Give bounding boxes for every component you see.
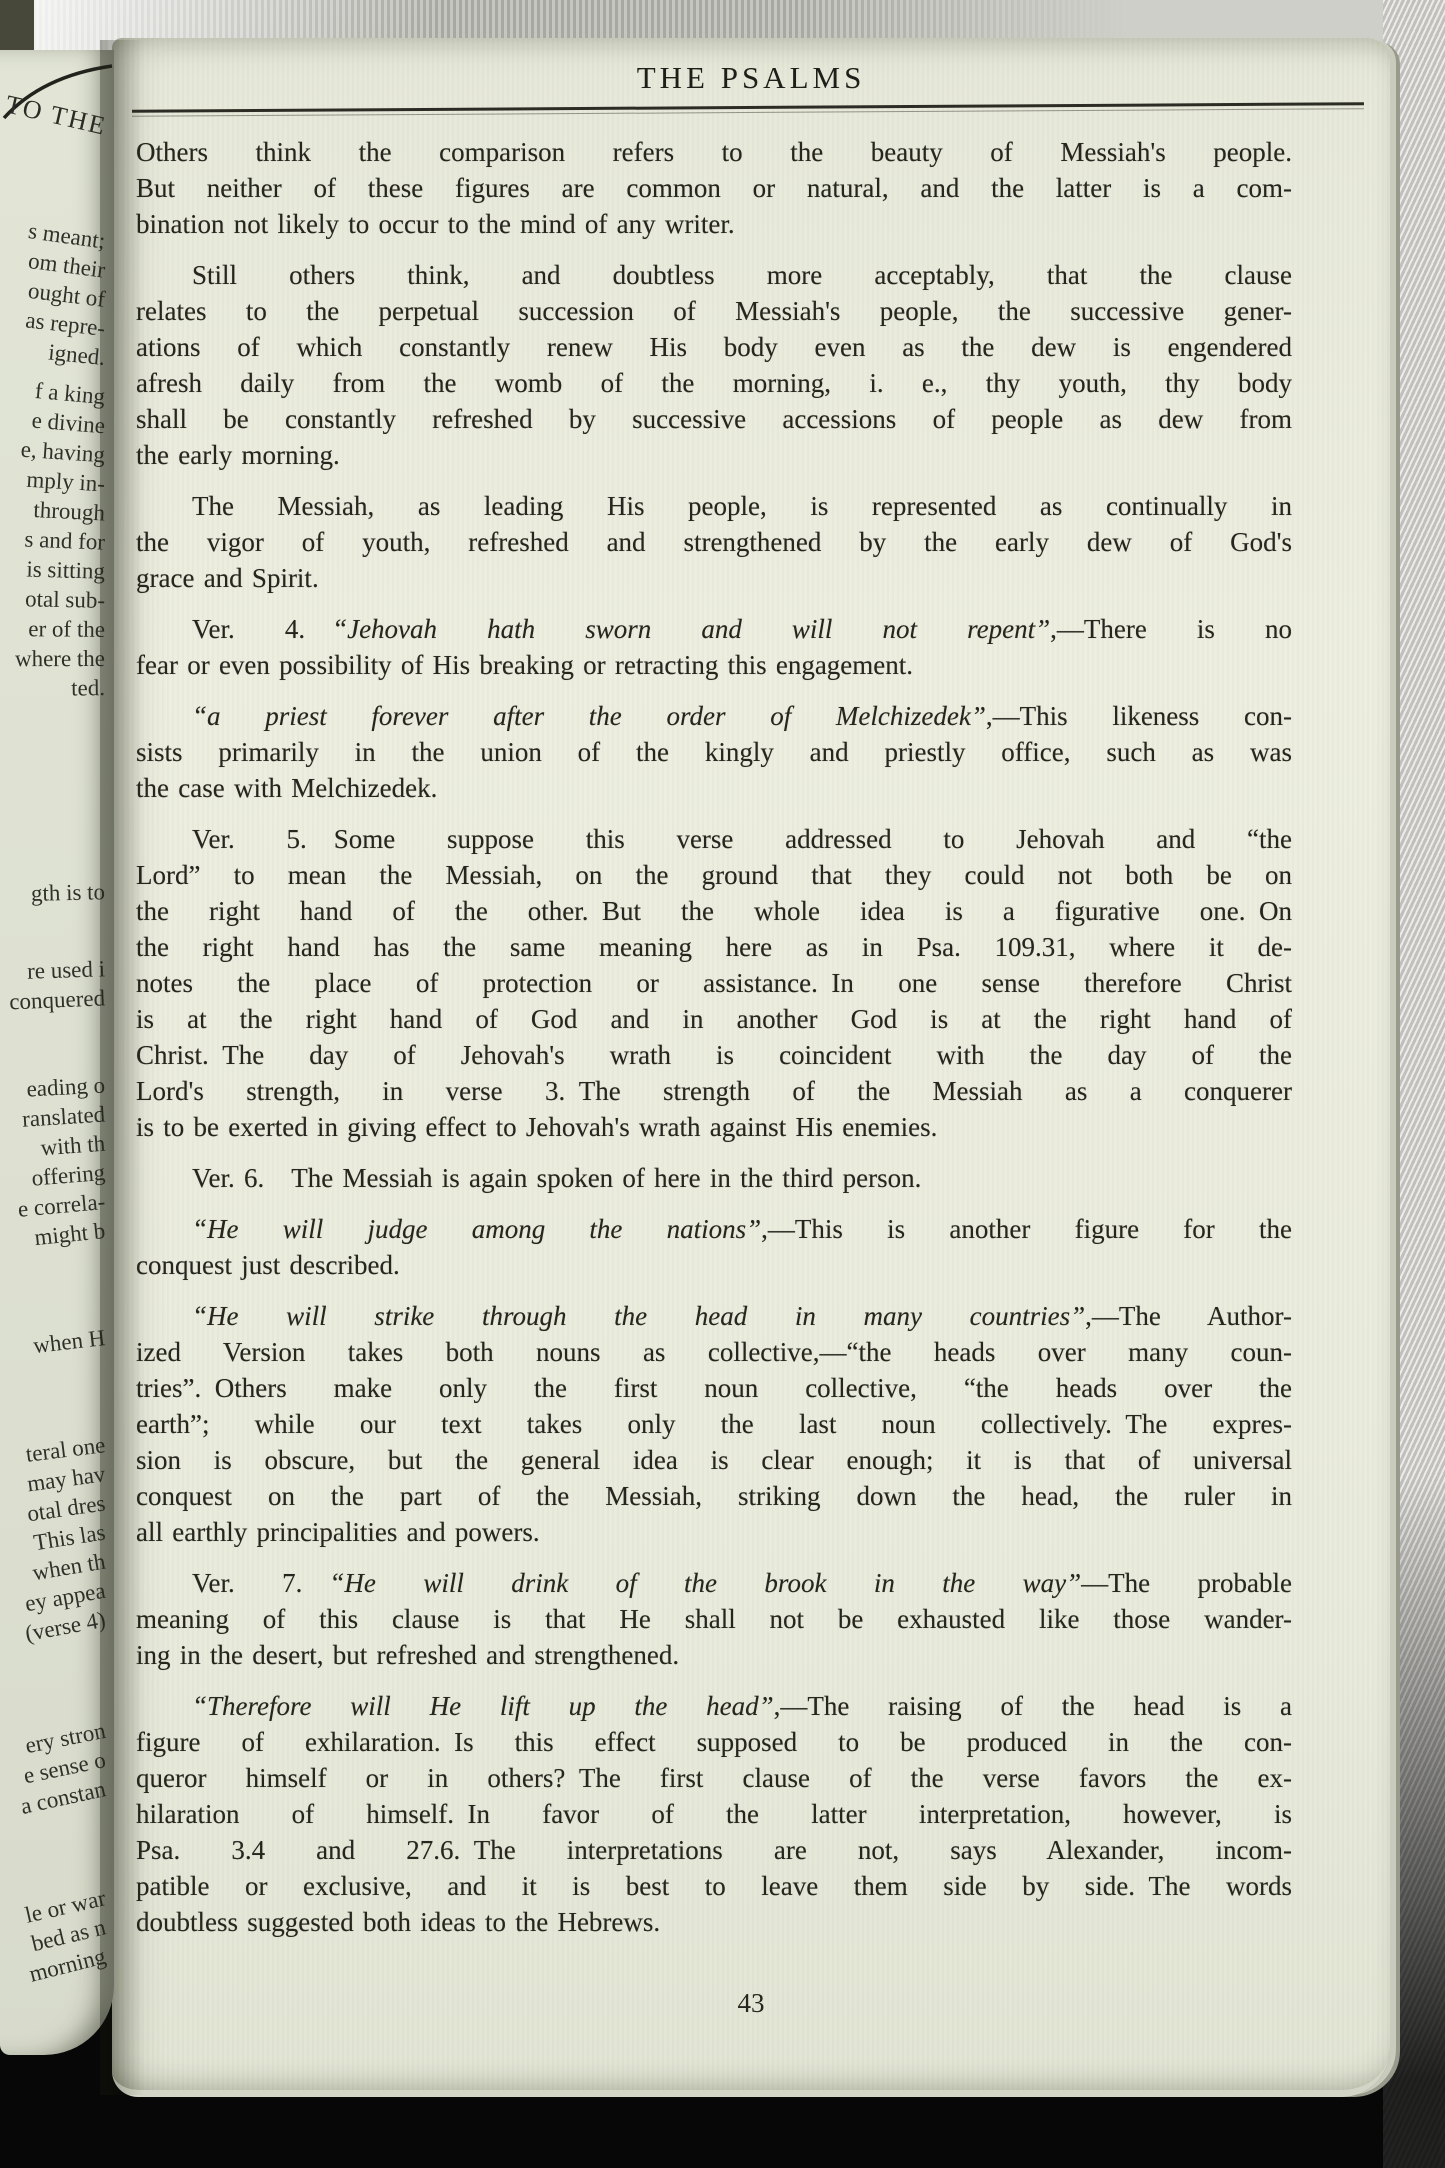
body-line: figure of exhilaration. Is this effect s… (136, 1724, 1292, 1760)
text-segment: ,—This is another figure for the (761, 1214, 1292, 1244)
body-paragraph: “Therefore will He lift up the head”,—Th… (136, 1688, 1292, 1940)
body-paragraph: “a priest forever after the order of Mel… (136, 698, 1292, 806)
body-paragraph: Ver. 4. “Jehovah hath sworn and will not… (136, 611, 1292, 683)
text-segment: is to be exerted in giving effect to Jeh… (136, 1112, 937, 1142)
body-line: The Messiah, as leading His people, is r… (136, 488, 1292, 524)
text-segment: Ver. 5. Some suppose this verse addresse… (192, 824, 1292, 854)
text-segment: Others think the comparison refers to th… (136, 137, 1292, 167)
page-title: THE PSALMS (112, 60, 1390, 96)
text-segment: ations of which constantly renew His bod… (136, 332, 1292, 362)
body-line: tries”. Others make only the first noun … (136, 1370, 1292, 1406)
facing-page-text-fragment: ted. (0, 673, 114, 703)
scripture-quote: “He will strike through the head in many… (192, 1301, 1085, 1331)
text-segment: Ver. 4. (192, 614, 332, 644)
body-line: Ver. 5. Some suppose this verse addresse… (136, 821, 1292, 857)
text-segment: hilaration of himself. In favor of the l… (136, 1799, 1292, 1829)
body-line: the case with Melchizedek. (136, 770, 1292, 806)
body-line: the right hand has the same meaning here… (136, 929, 1292, 965)
body-line: is at the right hand of God and in anoth… (136, 1001, 1292, 1037)
body-paragraph: Ver. 5. Some suppose this verse addresse… (136, 821, 1292, 1145)
text-segment: conquest on the part of the Messiah, str… (136, 1481, 1292, 1511)
text-segment: sion is obscure, but the general idea is… (136, 1445, 1292, 1475)
text-segment: meaning of this clause is that He shall … (136, 1604, 1292, 1634)
text-segment: ,—The Author- (1085, 1301, 1292, 1331)
body-line: afresh daily from the womb of the mornin… (136, 365, 1292, 401)
body-line: grace and Spirit. (136, 560, 1292, 596)
text-segment: ing in the desert, but refreshed and str… (136, 1640, 679, 1670)
body-text-column: Others think the comparison refers to th… (136, 134, 1292, 1940)
text-segment: grace and Spirit. (136, 563, 319, 593)
text-segment: Lord” to mean the Messiah, on the ground… (136, 860, 1292, 890)
facing-page-text-fragment: conquered (0, 983, 114, 1017)
body-paragraph: Ver. 6. The Messiah is again spoken of h… (136, 1160, 1292, 1196)
facing-page-text-fragment: s and for (0, 524, 114, 557)
scripture-quote: “He will judge among the nations” (192, 1214, 761, 1244)
facing-page-text-fragment: re used i (0, 954, 114, 987)
body-line: all earthly principalities and powers. (136, 1514, 1292, 1550)
body-line: bination not likely to occur to the mind… (136, 206, 1292, 242)
text-segment: But neither of these figures are common … (136, 173, 1292, 203)
text-segment: tries”. Others make only the first noun … (136, 1373, 1292, 1403)
body-line: Others think the comparison refers to th… (136, 134, 1292, 170)
facing-page-text-fragment: otal sub- (0, 584, 114, 615)
body-line: the right hand of the other. But the who… (136, 893, 1292, 929)
facing-page-text-column: s meant;om theirought ofas repre-igned.f… (0, 144, 114, 1968)
body-line: “a priest forever after the order of Mel… (136, 698, 1292, 734)
body-line: the early morning. (136, 437, 1292, 473)
body-paragraph: Others think the comparison refers to th… (136, 134, 1292, 242)
scripture-quote: “Therefore will He lift up the head” (192, 1691, 774, 1721)
text-segment: Still others think, and doubtless more a… (192, 260, 1292, 290)
text-segment: the case with Melchizedek. (136, 773, 437, 803)
text-segment: the early morning. (136, 440, 340, 470)
body-line: Psa. 3.4 and 27.6. The interpretations a… (136, 1832, 1292, 1868)
text-segment: Psa. 3.4 and 27.6. The interpretations a… (136, 1835, 1292, 1865)
body-line: patible or exclusive, and it is best to … (136, 1868, 1292, 1904)
body-paragraph: Still others think, and doubtless more a… (136, 257, 1292, 473)
text-segment: Christ. The day of Jehovah's wrath is co… (136, 1040, 1292, 1070)
body-line: Ver. 7. “He will drink of the brook in t… (136, 1565, 1292, 1601)
text-segment: ,—The raising of the head is a (774, 1691, 1292, 1721)
body-line: is to be exerted in giving effect to Jeh… (136, 1109, 1292, 1145)
body-line: ing in the desert, but refreshed and str… (136, 1637, 1292, 1673)
text-segment: afresh daily from the womb of the mornin… (136, 368, 1292, 398)
text-segment: Ver. 6. The Messiah is again spoken of h… (192, 1163, 921, 1193)
text-segment: Lord's strength, in verse 3. The strengt… (136, 1076, 1292, 1106)
body-line: ized Version takes both nouns as collect… (136, 1334, 1292, 1370)
body-line: sists primarily in the union of the king… (136, 734, 1292, 770)
text-segment: notes the place of protection or assista… (136, 968, 1292, 998)
body-line: hilaration of himself. In favor of the l… (136, 1796, 1292, 1832)
body-line: But neither of these figures are common … (136, 170, 1292, 206)
text-segment: figure of exhilaration. Is this effect s… (136, 1727, 1292, 1757)
body-line: ations of which constantly renew His bod… (136, 329, 1292, 365)
text-segment: relates to the perpetual succession of M… (136, 296, 1292, 326)
body-line: earth”; while our text takes only the la… (136, 1406, 1292, 1442)
body-line: “Therefore will He lift up the head”,—Th… (136, 1688, 1292, 1724)
text-segment: patible or exclusive, and it is best to … (136, 1871, 1292, 1901)
facing-page-text-fragment: when H (0, 1322, 114, 1364)
body-line: Ver. 4. “Jehovah hath sworn and will not… (136, 611, 1292, 647)
text-segment: conquest just described. (136, 1250, 400, 1280)
body-line: “He will judge among the nations”,—This … (136, 1211, 1292, 1247)
text-segment: is at the right hand of God and in anoth… (136, 1004, 1292, 1034)
body-line: queror himself or in others? The first c… (136, 1760, 1292, 1796)
body-line: meaning of this clause is that He shall … (136, 1601, 1292, 1637)
text-segment: doubtless suggested both ideas to the He… (136, 1907, 660, 1937)
body-line: conquest on the part of the Messiah, str… (136, 1478, 1292, 1514)
body-line: Ver. 6. The Messiah is again spoken of h… (136, 1160, 1292, 1196)
text-segment: fear or even possibility of His breaking… (136, 650, 913, 680)
text-segment: bination not likely to occur to the mind… (136, 209, 735, 239)
text-segment: the vigor of youth, refreshed and streng… (136, 527, 1292, 557)
facing-page-text-fragment: through (0, 493, 114, 528)
scripture-quote: “a priest forever after the order of Mel… (192, 701, 986, 731)
text-segment: ,—This likeness con- (986, 701, 1292, 731)
text-segment: queror himself or in others? The first c… (136, 1763, 1292, 1793)
book-page: THE PSALMS Others think the comparison r… (112, 38, 1390, 2097)
body-paragraph: Ver. 7. “He will drink of the brook in t… (136, 1565, 1292, 1673)
scripture-quote: “He will drink of the brook in the way” (329, 1568, 1081, 1598)
page-number: 43 (112, 1988, 1390, 2019)
body-line: Still others think, and doubtless more a… (136, 257, 1292, 293)
facing-page-text-fragment: gth is to (0, 877, 114, 909)
text-segment: ized Version takes both nouns as collect… (136, 1337, 1292, 1367)
body-paragraph: “He will strike through the head in many… (136, 1298, 1292, 1550)
body-line: sion is obscure, but the general idea is… (136, 1442, 1292, 1478)
body-line: notes the place of protection or assista… (136, 965, 1292, 1001)
body-line: shall be constantly refreshed by success… (136, 401, 1292, 437)
body-line: fear or even possibility of His breaking… (136, 647, 1292, 683)
body-line: Lord” to mean the Messiah, on the ground… (136, 857, 1292, 893)
facing-page-text-fragment: where the (0, 644, 114, 673)
body-line: doubtless suggested both ideas to the He… (136, 1904, 1292, 1940)
text-segment: the right hand of the other. But the who… (136, 896, 1292, 926)
facing-page-edge: TO THE s meant;om theirought ofas repre-… (0, 50, 114, 2055)
text-segment: sists primarily in the union of the king… (136, 737, 1292, 767)
body-line: conquest just described. (136, 1247, 1292, 1283)
book-photo: { "colors":{"paper":"#e9ebde","ink":"#26… (0, 0, 1445, 2168)
text-segment: all earthly principalities and powers. (136, 1517, 540, 1547)
header-rule (132, 102, 1364, 117)
text-segment: Ver. 7. (192, 1568, 329, 1598)
text-segment: the right hand has the same meaning here… (136, 932, 1292, 962)
body-paragraph: The Messiah, as leading His people, is r… (136, 488, 1292, 596)
text-segment: shall be constantly refreshed by success… (136, 404, 1292, 434)
body-line: the vigor of youth, refreshed and streng… (136, 524, 1292, 560)
facing-page-text-fragment: er of the (0, 614, 114, 644)
text-segment: The Messiah, as leading His people, is r… (192, 491, 1292, 521)
facing-page-text-fragment: is sitting (0, 554, 114, 586)
text-segment: —The probable (1081, 1568, 1292, 1598)
body-line: “He will strike through the head in many… (136, 1298, 1292, 1334)
body-paragraph: “He will judge among the nations”,—This … (136, 1211, 1292, 1283)
text-segment: ,—There is no (1050, 614, 1292, 644)
body-line: Lord's strength, in verse 3. The strengt… (136, 1073, 1292, 1109)
cloth-background (1383, 0, 1445, 2168)
body-line: relates to the perpetual succession of M… (136, 293, 1292, 329)
scripture-quote: “Jehovah hath sworn and will not repent” (332, 614, 1050, 644)
text-segment: earth”; while our text takes only the la… (136, 1409, 1292, 1439)
body-line: Christ. The day of Jehovah's wrath is co… (136, 1037, 1292, 1073)
